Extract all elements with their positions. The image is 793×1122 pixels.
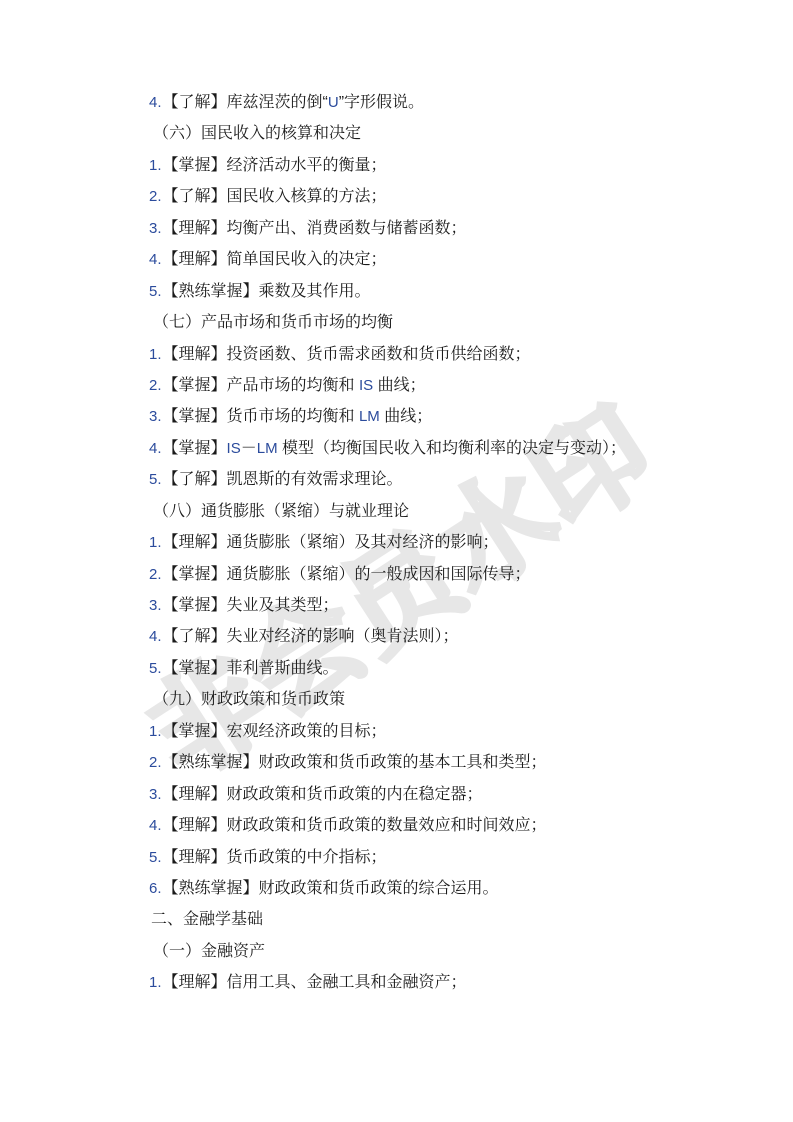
line-text: 【熟练掌握】财政政策和货币政策的基本工具和类型； — [163, 754, 547, 771]
document-line: （一）金融资产 — [149, 936, 649, 967]
document-line: 2.【熟练掌握】财政政策和货币政策的基本工具和类型； — [149, 747, 649, 778]
line-text: 【掌握】通货膨胀（紧缩）的一般成因和国际传导； — [163, 566, 531, 583]
document-line: 4.【理解】财政政策和货币政策的数量效应和时间效应； — [149, 810, 649, 841]
line-text: 【了解】国民收入核算的方法； — [163, 188, 387, 205]
latin-text: IS — [227, 440, 241, 457]
line-text: 【理解】信用工具、金融工具和金融资产； — [163, 974, 467, 991]
line-number: 3. — [149, 597, 162, 614]
line-number: 4. — [149, 817, 162, 834]
line-number: 5. — [149, 283, 162, 300]
line-text: 【掌握】菲利普斯曲线。 — [163, 660, 339, 677]
line-text: 【掌握】IS－LM 模型（均衡国民收入和均衡利率的决定与变动）； — [163, 440, 627, 457]
line-number: 3. — [149, 220, 162, 237]
document-line: 5.【了解】凯恩斯的有效需求理论。 — [149, 464, 649, 495]
line-number: 1. — [149, 157, 162, 174]
line-text: 二、金融学基础 — [151, 911, 263, 928]
document-line: 1.【掌握】宏观经济政策的目标； — [149, 716, 649, 747]
line-text: 【熟练掌握】乘数及其作用。 — [163, 283, 371, 300]
line-text: 【掌握】产品市场的均衡和 IS 曲线； — [163, 377, 426, 394]
line-text: 【熟练掌握】财政政策和货币政策的综合运用。 — [163, 880, 499, 897]
document-line: （八）通货膨胀（紧缩）与就业理论 — [149, 496, 649, 527]
document-line: 5.【熟练掌握】乘数及其作用。 — [149, 276, 649, 307]
document-line: 4.【理解】简单国民收入的决定； — [149, 244, 649, 275]
line-text: 【理解】货币政策的中介指标； — [163, 849, 387, 866]
line-number: 3. — [149, 786, 162, 803]
latin-text: U — [328, 94, 339, 111]
document-line: 2.【了解】国民收入核算的方法； — [149, 181, 649, 212]
document-line: （九）财政政策和货币政策 — [149, 684, 649, 715]
document-line: 2.【掌握】产品市场的均衡和 IS 曲线； — [149, 370, 649, 401]
document-line: 3.【掌握】货币市场的均衡和 LM 曲线； — [149, 401, 649, 432]
line-text: 【理解】均衡产出、消费函数与储蓄函数； — [163, 220, 467, 237]
line-number: 1. — [149, 346, 162, 363]
document-line: 4.【了解】库兹涅茨的倒“U”字形假说。 — [149, 87, 649, 118]
line-number: 2. — [149, 754, 162, 771]
line-number: 4. — [149, 94, 162, 111]
line-text: 【了解】失业对经济的影响（奥肯法则）； — [163, 628, 459, 645]
document-line: （六）国民收入的核算和决定 — [149, 118, 649, 149]
line-number: 4. — [149, 251, 162, 268]
line-number: 5. — [149, 849, 162, 866]
line-number: 1. — [149, 974, 162, 991]
document-line: 5.【理解】货币政策的中介指标； — [149, 842, 649, 873]
document-line: 3.【理解】均衡产出、消费函数与储蓄函数； — [149, 213, 649, 244]
line-text: 【掌握】失业及其类型； — [163, 597, 339, 614]
document-line: 6.【熟练掌握】财政政策和货币政策的综合运用。 — [149, 873, 649, 904]
line-number: 4. — [149, 628, 162, 645]
line-text: 【理解】财政政策和货币政策的内在稳定器； — [163, 786, 483, 803]
document-line: 1.【掌握】经济活动水平的衡量； — [149, 150, 649, 181]
line-text: 【了解】凯恩斯的有效需求理论。 — [163, 471, 403, 488]
line-number: 5. — [149, 660, 162, 677]
line-number: 3. — [149, 408, 162, 425]
line-number: 5. — [149, 471, 162, 488]
line-number: 4. — [149, 440, 162, 457]
line-text: （一）金融资产 — [153, 943, 265, 960]
document-line: 二、金融学基础 — [149, 904, 649, 935]
line-text: 【了解】库兹涅茨的倒“U”字形假说。 — [163, 94, 425, 111]
line-text: （八）通货膨胀（紧缩）与就业理论 — [153, 503, 409, 520]
line-text: 【掌握】宏观经济政策的目标； — [163, 723, 387, 740]
line-text: 【理解】简单国民收入的决定； — [163, 251, 387, 268]
document-line: （七）产品市场和货币市场的均衡 — [149, 307, 649, 338]
latin-text: LM — [359, 408, 380, 425]
latin-text: IS — [359, 377, 373, 394]
line-text: 【理解】财政政策和货币政策的数量效应和时间效应； — [163, 817, 547, 834]
document-line: 1.【理解】通货膨胀（紧缩）及其对经济的影响； — [149, 527, 649, 558]
line-text: 【理解】通货膨胀（紧缩）及其对经济的影响； — [163, 534, 499, 551]
document-line: 1.【理解】信用工具、金融工具和金融资产； — [149, 967, 649, 998]
line-number: 2. — [149, 188, 162, 205]
document-line: 2.【掌握】通货膨胀（紧缩）的一般成因和国际传导； — [149, 559, 649, 590]
line-text: 【掌握】经济活动水平的衡量； — [163, 157, 387, 174]
document-content: 4.【了解】库兹涅茨的倒“U”字形假说。（六）国民收入的核算和决定1.【掌握】经… — [149, 87, 649, 999]
line-text: （七）产品市场和货币市场的均衡 — [153, 314, 393, 331]
document-line: 3.【理解】财政政策和货币政策的内在稳定器； — [149, 779, 649, 810]
document-line: 4.【了解】失业对经济的影响（奥肯法则）； — [149, 621, 649, 652]
line-text: （九）财政政策和货币政策 — [153, 691, 345, 708]
latin-text: LM — [257, 440, 278, 457]
line-number: 2. — [149, 377, 162, 394]
line-text: （六）国民收入的核算和决定 — [153, 125, 361, 142]
document-page: 非会员水印 4.【了解】库兹涅茨的倒“U”字形假说。（六）国民收入的核算和决定1… — [0, 0, 793, 1122]
document-line: 4.【掌握】IS－LM 模型（均衡国民收入和均衡利率的决定与变动）； — [149, 433, 649, 464]
line-text: 【掌握】货币市场的均衡和 LM 曲线； — [163, 408, 433, 425]
document-line: 5.【掌握】菲利普斯曲线。 — [149, 653, 649, 684]
line-number: 6. — [149, 880, 162, 897]
line-number: 2. — [149, 566, 162, 583]
line-text: 【理解】投资函数、货币需求函数和货币供给函数； — [163, 346, 531, 363]
line-number: 1. — [149, 534, 162, 551]
document-line: 1.【理解】投资函数、货币需求函数和货币供给函数； — [149, 339, 649, 370]
document-line: 3.【掌握】失业及其类型； — [149, 590, 649, 621]
line-number: 1. — [149, 723, 162, 740]
